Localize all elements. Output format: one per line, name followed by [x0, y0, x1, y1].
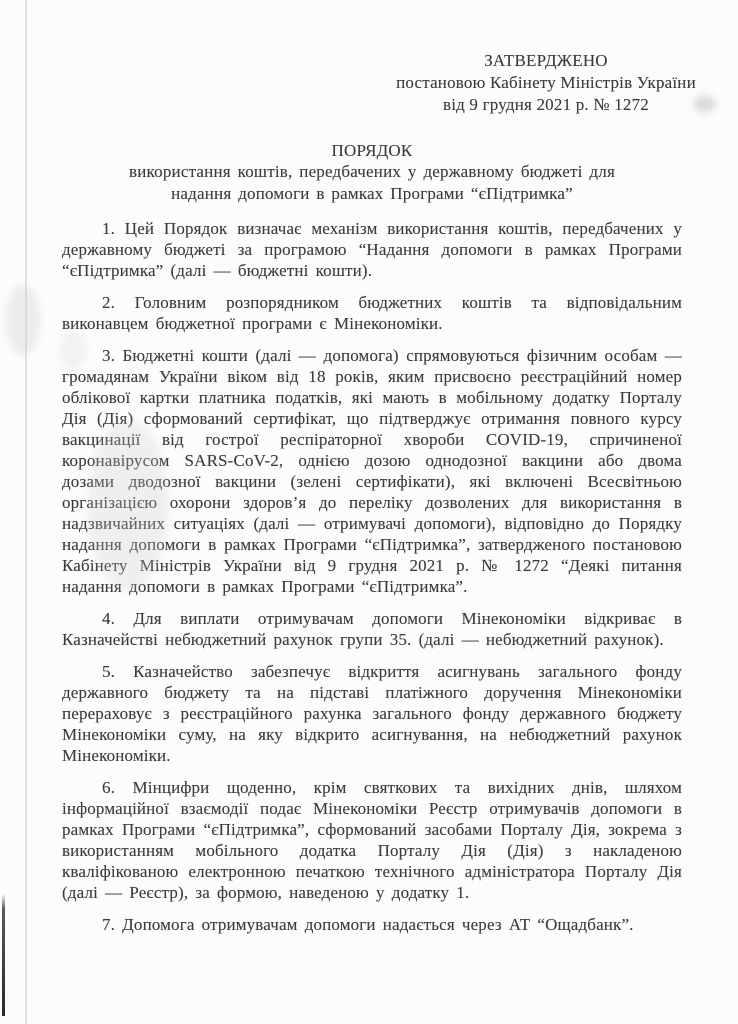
approval-heading: ЗАТВЕРДЖЕНО: [380, 50, 712, 72]
document-subtitle-line2: надання допомоги в рамках Програми “єПід…: [62, 183, 682, 204]
paragraph-5: 5. Казначейство забезпечує відкриття аси…: [62, 661, 682, 766]
approval-date-number: від 9 грудня 2021 р. № 1272: [380, 94, 712, 116]
approval-authority: постановою Кабінету Міністрів України: [380, 72, 712, 94]
document-subtitle-line1: використання коштів, передбачених у держ…: [62, 161, 682, 182]
scan-fold-line: [25, 0, 27, 1024]
document-title-block: ПОРЯДОК використання коштів, передбачени…: [62, 140, 682, 204]
paragraph-2: 2. Головним розпорядником бюджетних кошт…: [62, 292, 682, 334]
approval-block: ЗАТВЕРДЖЕНО постановою Кабінету Міністрі…: [380, 50, 712, 116]
paragraph-7: 7. Допомога отримувачам допомоги надаєть…: [62, 914, 682, 935]
scan-edge-shadow-bottom: [0, 1011, 738, 1024]
document-body: 1. Цей Порядок визначає механізм викорис…: [62, 218, 682, 935]
scanned-document-page: ЗАТВЕРДЖЕНО постановою Кабінету Міністрі…: [0, 0, 738, 1024]
paragraph-6: 6. Мінцифри щоденно, крім святкових та в…: [62, 777, 682, 903]
document-title: ПОРЯДОК: [62, 140, 682, 161]
paragraph-1: 1. Цей Порядок визначає механізм викорис…: [62, 218, 682, 281]
paragraph-4: 4. Для виплати отримувачам допомоги Міне…: [62, 608, 682, 650]
paragraph-3: 3. Бюджетні кошти (далі — допомога) спря…: [62, 345, 682, 597]
scan-edge-shadow-left: [2, 894, 5, 1016]
scan-smudge: [6, 285, 40, 355]
